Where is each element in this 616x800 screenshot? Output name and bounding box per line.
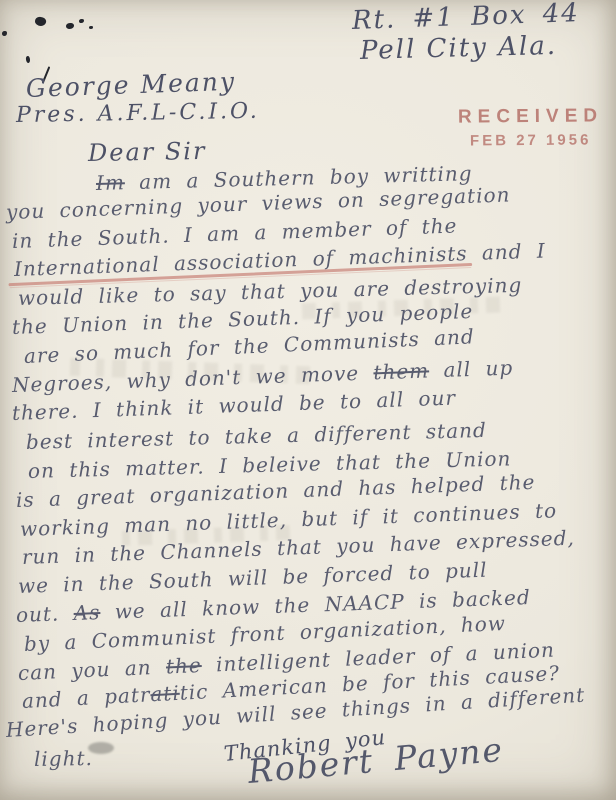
struck-text: As [73, 600, 101, 625]
recipient-name: George Meany [25, 67, 236, 103]
letter-scan: Rt. #1 Box 44 Pell City Ala. George Mean… [0, 0, 616, 800]
body-text: and a patr [21, 683, 151, 714]
ink-blot [89, 26, 93, 29]
ink-blot [79, 19, 84, 23]
body-text: can you an [17, 654, 166, 684]
ink-blot [34, 16, 47, 28]
sender-address-line2: Pell City Ala. [360, 31, 558, 66]
body-text: all up [429, 355, 514, 382]
struck-text: them [373, 358, 430, 384]
ink-blot [2, 31, 7, 36]
struck-text: Im [96, 170, 125, 195]
body-text: light. [34, 746, 93, 771]
body-text: and I [467, 239, 546, 266]
recipient-title: Pres. A.F.L-C.I.O. [16, 99, 260, 128]
struck-text: ati [150, 681, 181, 707]
ink-blot [25, 56, 30, 64]
struck-text: the [165, 653, 202, 679]
body-line-21: light. [34, 746, 93, 771]
body-text: out. [16, 601, 74, 627]
ink-blot [66, 23, 74, 29]
received-stamp: RECEIVED FEB 27 1956 [458, 105, 604, 149]
received-stamp-date: FEB 27 1956 [458, 131, 603, 149]
received-stamp-text: RECEIVED [458, 105, 603, 128]
salutation: Dear Sir [88, 137, 207, 167]
